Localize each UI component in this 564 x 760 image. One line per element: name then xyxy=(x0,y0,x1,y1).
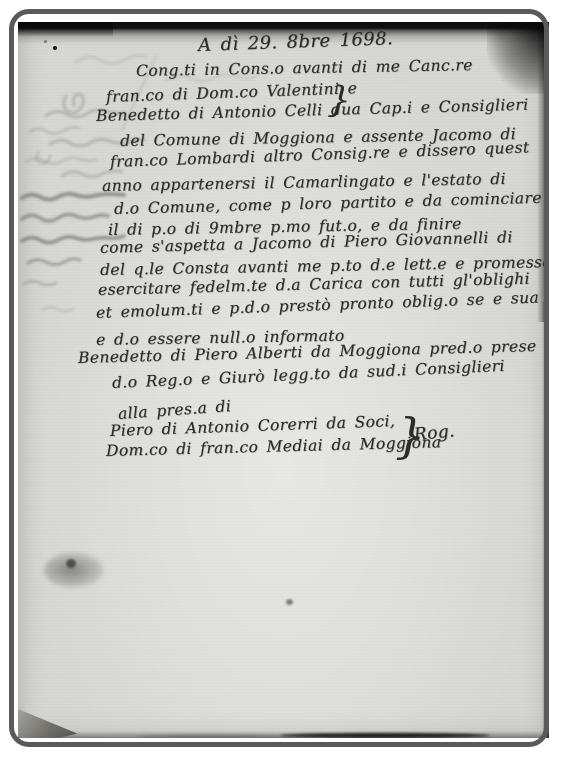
manuscript-line: Cong.ti in Cons.o avanti di me Canc.re xyxy=(136,56,473,80)
scanned-page: A dì 29. 8bre 1698. Cong.ti in Cons.o av… xyxy=(18,22,549,738)
rogito-mark: Rog. xyxy=(413,421,456,444)
brace-mark: } xyxy=(327,82,352,120)
scanned-document-view: A dì 29. 8bre 1698. Cong.ti in Cons.o av… xyxy=(0,0,564,760)
manuscript-date: A dì 29. 8bre 1698. xyxy=(198,28,394,56)
handwriting-layer: A dì 29. 8bre 1698. Cong.ti in Cons.o av… xyxy=(18,22,549,738)
